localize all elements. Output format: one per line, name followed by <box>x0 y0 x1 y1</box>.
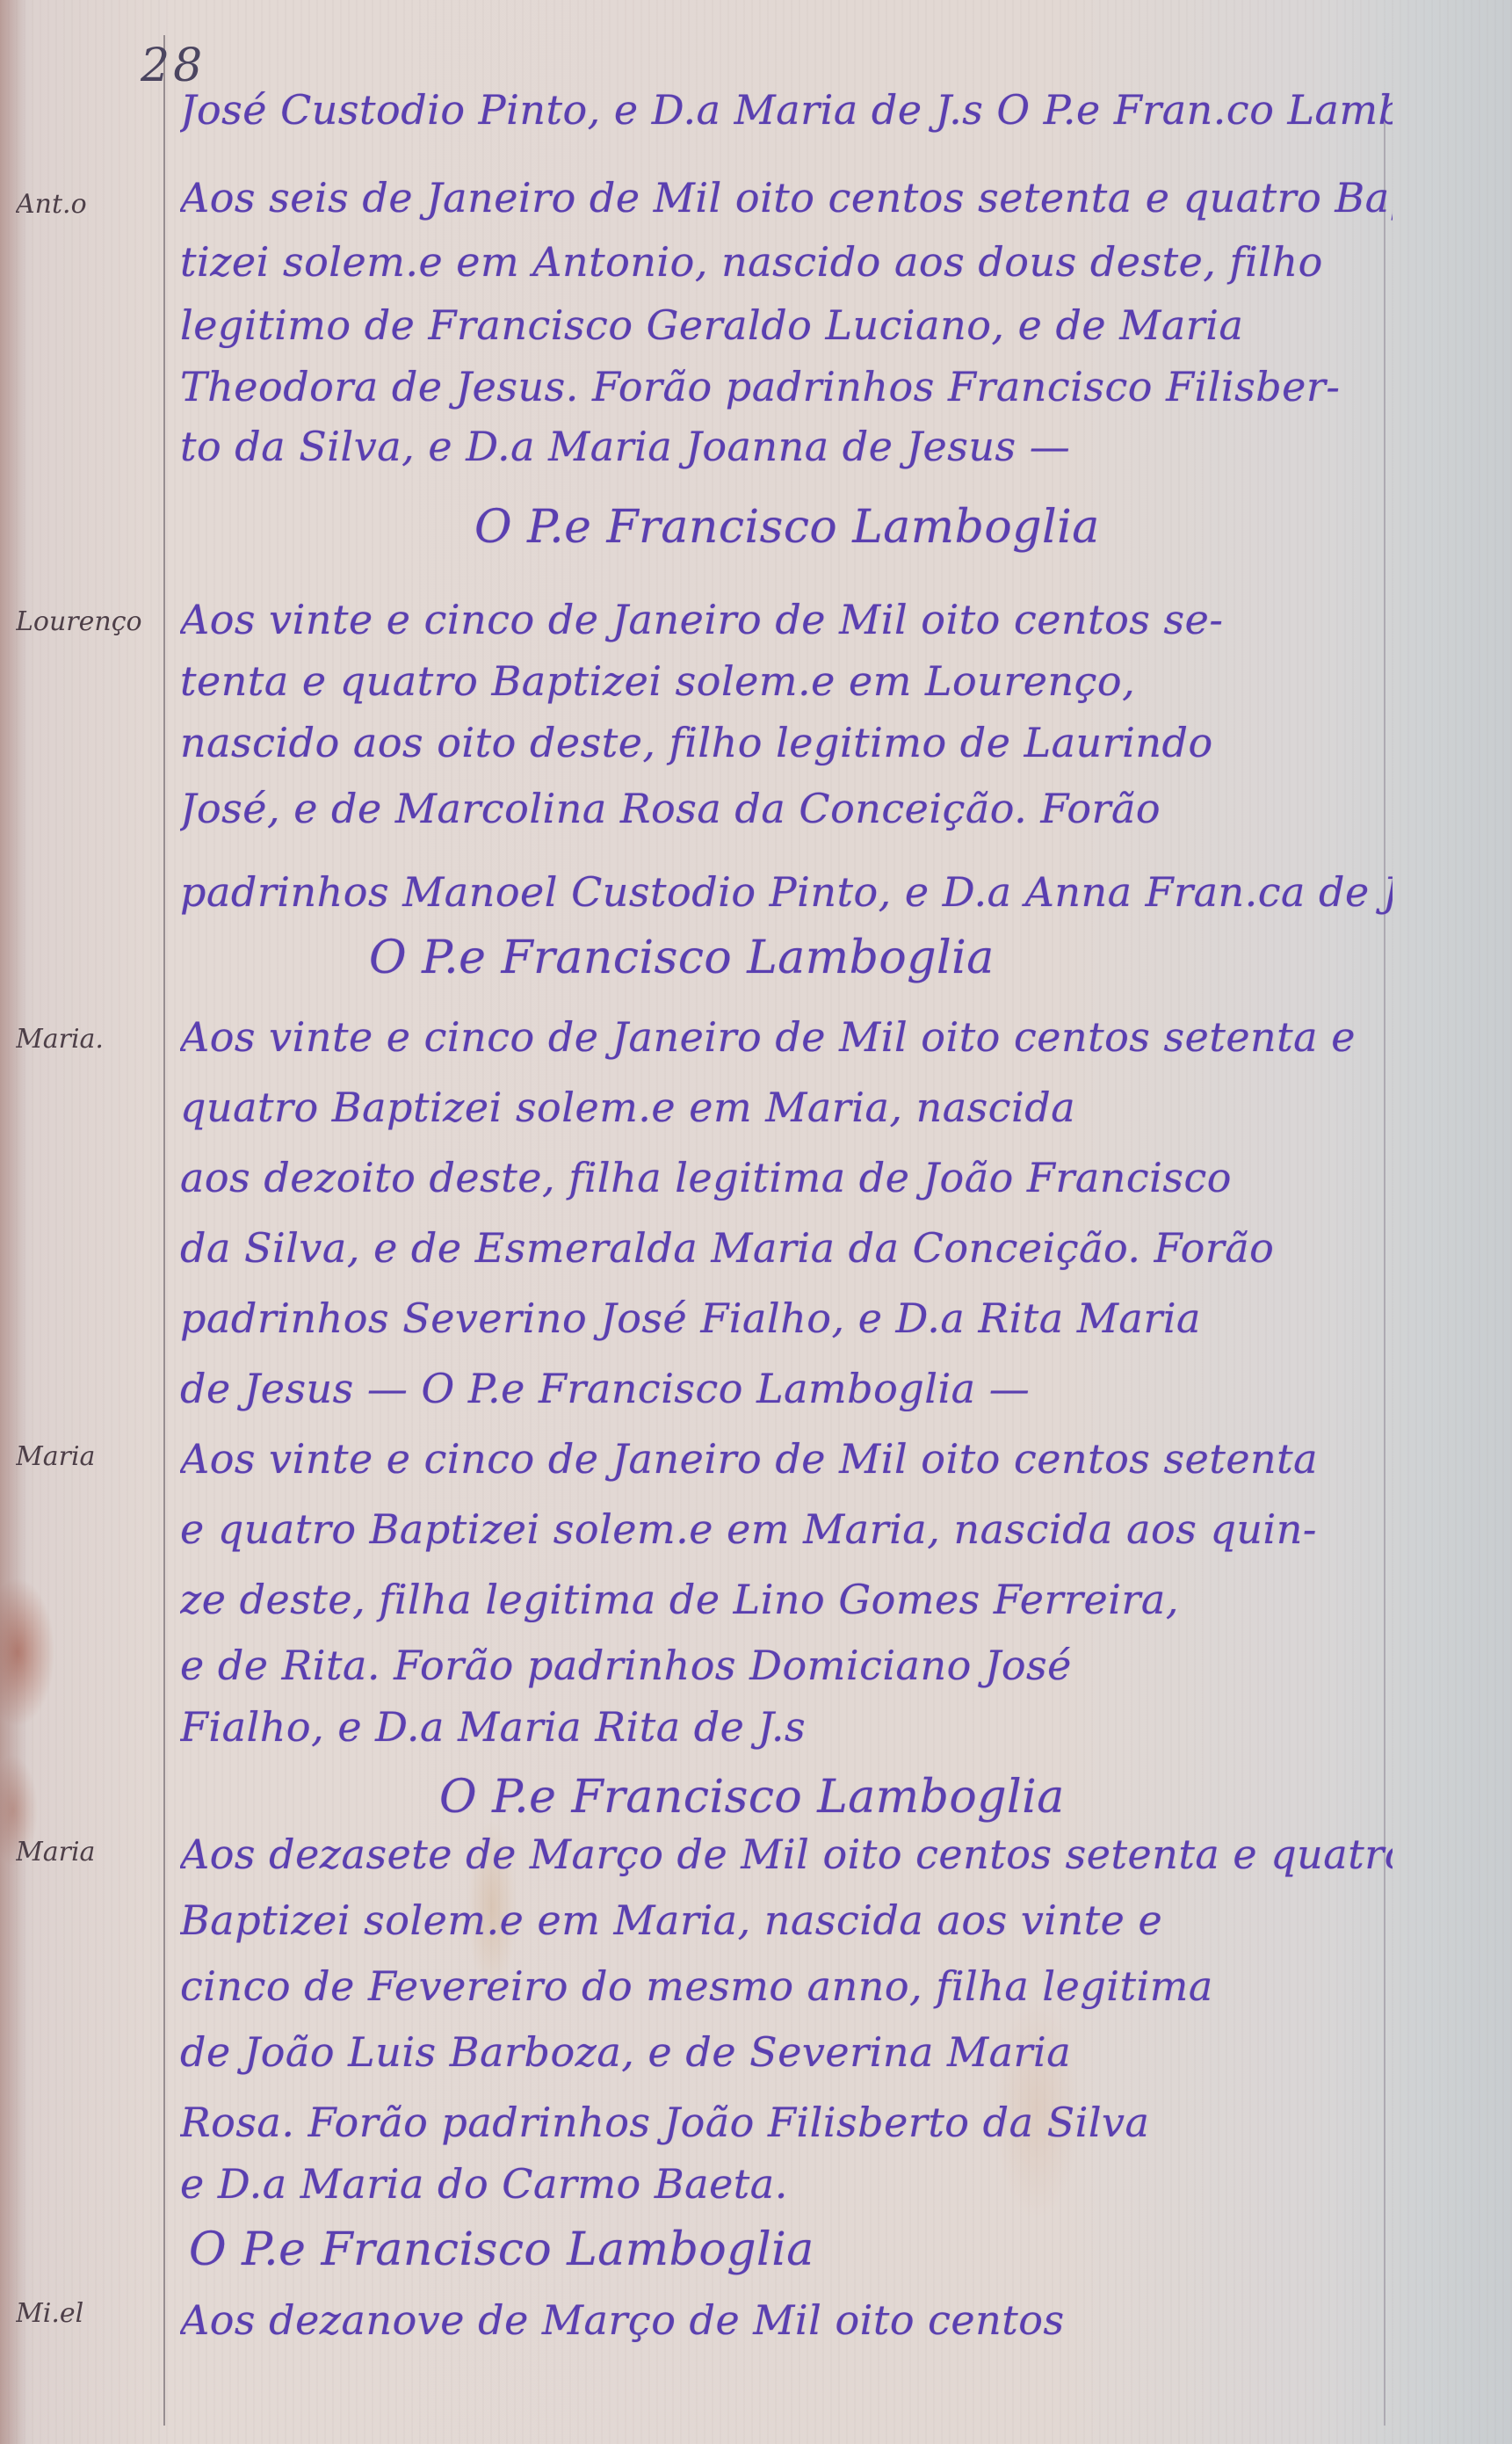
entry-line: ze deste, filha legitima de Lino Gomes F… <box>180 1573 1393 1626</box>
entry-line: Aos vinte e cinco de Janeiro de Mil oito… <box>180 1432 1393 1485</box>
margin-name: Lourenço <box>16 606 161 637</box>
entry-line: Baptizei solem.e em Maria, nascida aos v… <box>180 1894 1393 1947</box>
entry-line: Rosa. Forão padrinhos João Filisberto da… <box>180 2096 1393 2149</box>
entry-line: legitimo de Francisco Geraldo Luciano, e… <box>180 299 1393 352</box>
register-page: 28 José Custodio Pinto, e D.a Maria de J… <box>0 0 1512 2444</box>
entry-line: e D.a Maria do Carmo Baeta. <box>180 2158 1393 2210</box>
entry-line: cinco de Fevereiro do mesmo anno, filha … <box>180 1960 1393 2012</box>
entry-line: de João Luis Barboza, e de Severina Mari… <box>180 2026 1393 2078</box>
priest-signature: O P.e Francisco Lamboglia <box>369 932 1248 984</box>
entry-line: padrinhos Manoel Custodio Pinto, e D.a A… <box>180 866 1393 918</box>
priest-signature: O P.e Francisco Lamboglia <box>439 1771 1318 1824</box>
entry-line: quatro Baptizei solem.e em Maria, nascid… <box>180 1081 1393 1134</box>
margin-rule-line <box>163 35 165 2426</box>
margin-name: Ant.o <box>16 189 161 220</box>
priest-signature: O P.e Francisco Lamboglia <box>189 2223 1243 2276</box>
entry-line: José Custodio Pinto, e D.a Maria de J.s … <box>180 83 1393 136</box>
entry-line: Theodora de Jesus. Forão padrinhos Franc… <box>180 360 1393 413</box>
entry-line: nascido aos oito deste, filho legitimo d… <box>180 716 1393 769</box>
entry-line: José, e de Marcolina Rosa da Conceição. … <box>180 782 1393 835</box>
binding-edge-stain <box>0 0 26 2444</box>
entry-line: Aos vinte e cinco de Janeiro de Mil oito… <box>180 593 1393 646</box>
entry-line: da Silva, e de Esmeralda Maria da Concei… <box>180 1222 1393 1274</box>
entry-line: Fialho, e D.a Maria Rita de J.s <box>180 1701 1393 1753</box>
margin-name: Maria. <box>16 1024 161 1055</box>
margin-name: Mi.el <box>16 2298 161 2329</box>
entry-line: aos dezoito deste, filha legitima de Joã… <box>180 1151 1393 1204</box>
entry-line: tizei solem.e em Antonio, nascido aos do… <box>180 236 1393 288</box>
margin-name: Maria <box>16 1837 161 1867</box>
entry-line: Aos dezanove de Março de Mil oito centos <box>180 2294 1393 2346</box>
entry-line: tenta e quatro Baptizei solem.e em Loure… <box>180 655 1393 707</box>
margin-name: Maria <box>16 1441 161 1472</box>
entry-line: e de Rita. Forão padrinhos Domiciano Jos… <box>180 1639 1393 1692</box>
entry-line: Aos dezasete de Março de Mil oito centos… <box>180 1828 1393 1881</box>
entry-line: to da Silva, e D.a Maria Joanna de Jesus… <box>180 420 1393 473</box>
priest-signature: O P.e Francisco Lamboglia <box>474 501 1353 554</box>
entry-line: padrinhos Severino José Fialho, e D.a Ri… <box>180 1292 1393 1345</box>
entry-line: e quatro Baptizei solem.e em Maria, nasc… <box>180 1503 1393 1556</box>
entry-line: Aos vinte e cinco de Janeiro de Mil oito… <box>180 1011 1393 1063</box>
entry-line: Aos seis de Janeiro de Mil oito centos s… <box>180 171 1393 224</box>
entry-line: de Jesus — O P.e Francisco Lamboglia — <box>180 1362 1393 1415</box>
